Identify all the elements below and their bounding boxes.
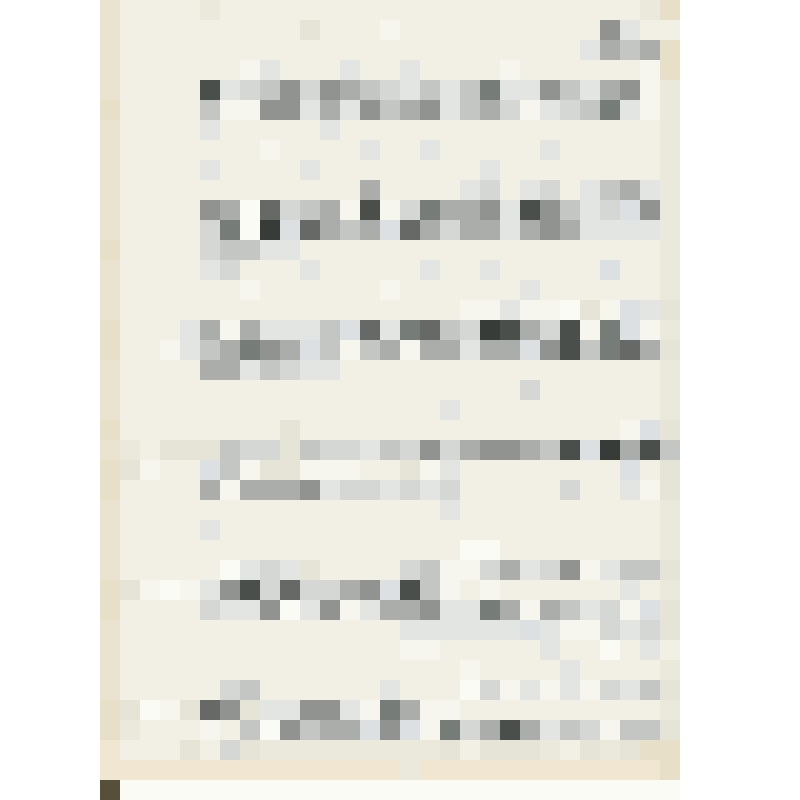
pixel-cell	[220, 680, 240, 700]
pixel-cell	[200, 600, 220, 620]
pixel-cell	[680, 360, 700, 380]
pixel-cell	[340, 200, 360, 220]
pixel-cell	[780, 760, 800, 780]
pixel-cell	[260, 60, 280, 80]
pixel-cell	[780, 640, 800, 660]
pixel-cell	[320, 200, 340, 220]
pixel-cell	[160, 300, 180, 320]
pixel-cell	[340, 660, 360, 680]
pixel-cell	[440, 540, 460, 560]
pixel-cell	[560, 480, 580, 500]
pixel-cell	[520, 60, 540, 80]
pixel-cell	[260, 300, 280, 320]
pixel-cell	[560, 640, 580, 660]
pixel-cell	[60, 440, 80, 460]
pixel-cell	[180, 740, 200, 760]
pixel-cell	[140, 560, 160, 580]
pixel-cell	[440, 780, 460, 800]
pixel-cell	[120, 420, 140, 440]
pixel-cell	[480, 20, 500, 40]
pixel-cell	[0, 540, 20, 560]
pixel-cell	[240, 400, 260, 420]
pixel-cell	[480, 40, 500, 60]
pixel-cell	[760, 540, 780, 560]
pixel-cell	[440, 420, 460, 440]
pixel-cell	[740, 20, 760, 40]
pixel-cell	[680, 660, 700, 680]
pixel-cell	[740, 320, 760, 340]
pixel-cell	[700, 540, 720, 560]
pixel-cell	[340, 300, 360, 320]
pixel-cell	[720, 380, 740, 400]
pixel-cell	[240, 360, 260, 380]
pixel-cell	[400, 520, 420, 540]
pixel-cell	[600, 540, 620, 560]
pixel-cell	[780, 400, 800, 420]
pixel-cell	[400, 80, 420, 100]
pixel-cell	[120, 160, 140, 180]
pixel-cell	[260, 780, 280, 800]
pixel-cell	[100, 0, 120, 20]
pixel-cell	[540, 420, 560, 440]
pixel-cell	[540, 300, 560, 320]
pixel-cell	[380, 20, 400, 40]
pixel-cell	[420, 740, 440, 760]
pixel-cell	[320, 620, 340, 640]
pixel-cell	[180, 80, 200, 100]
pixel-cell	[340, 20, 360, 40]
pixel-cell	[420, 380, 440, 400]
pixel-cell	[680, 500, 700, 520]
pixel-cell	[420, 520, 440, 540]
pixel-cell	[640, 680, 660, 700]
pixel-cell	[600, 360, 620, 380]
pixel-cell	[500, 760, 520, 780]
pixel-cell	[240, 40, 260, 60]
pixel-cell	[80, 540, 100, 560]
pixel-cell	[100, 760, 120, 780]
pixel-cell	[80, 760, 100, 780]
pixel-cell	[100, 720, 120, 740]
pixel-cell	[740, 660, 760, 680]
pixel-cell	[540, 20, 560, 40]
pixel-cell	[60, 680, 80, 700]
pixel-cell	[460, 660, 480, 680]
pixel-cell	[380, 760, 400, 780]
pixel-cell	[100, 240, 120, 260]
pixel-cell	[680, 200, 700, 220]
pixel-cell	[80, 220, 100, 240]
pixel-cell	[440, 200, 460, 220]
pixel-cell	[140, 240, 160, 260]
pixel-cell	[740, 180, 760, 200]
pixel-cell	[660, 20, 680, 40]
pixel-cell	[180, 260, 200, 280]
pixel-cell	[600, 440, 620, 460]
pixel-cell	[680, 640, 700, 660]
pixel-cell	[600, 80, 620, 100]
pixel-cell	[180, 100, 200, 120]
pixel-cell	[100, 200, 120, 220]
pixel-cell	[520, 400, 540, 420]
pixel-cell	[480, 120, 500, 140]
pixel-cell	[80, 440, 100, 460]
pixel-cell	[680, 100, 700, 120]
pixel-cell	[460, 100, 480, 120]
pixel-cell	[260, 80, 280, 100]
pixel-cell	[40, 580, 60, 600]
pixel-cell	[320, 460, 340, 480]
pixel-cell	[640, 240, 660, 260]
pixel-cell	[680, 240, 700, 260]
pixel-cell	[0, 100, 20, 120]
pixel-cell	[40, 640, 60, 660]
pixel-cell	[60, 640, 80, 660]
pixel-cell	[480, 320, 500, 340]
pixel-cell	[60, 600, 80, 620]
pixel-cell	[240, 340, 260, 360]
pixel-cell	[620, 160, 640, 180]
pixel-cell	[280, 160, 300, 180]
pixel-cell	[780, 80, 800, 100]
pixel-cell	[380, 560, 400, 580]
pixel-cell	[320, 680, 340, 700]
pixel-cell	[20, 580, 40, 600]
pixel-cell	[700, 700, 720, 720]
pixel-cell	[560, 740, 580, 760]
pixel-cell	[240, 180, 260, 200]
pixel-cell	[720, 560, 740, 580]
pixel-cell	[440, 80, 460, 100]
pixel-cell	[320, 740, 340, 760]
pixel-cell	[180, 240, 200, 260]
pixel-cell	[120, 80, 140, 100]
pixel-cell	[0, 500, 20, 520]
pixel-cell	[320, 440, 340, 460]
pixel-cell	[420, 660, 440, 680]
pixel-cell	[500, 360, 520, 380]
pixel-cell	[560, 720, 580, 740]
pixel-cell	[240, 380, 260, 400]
pixel-cell	[180, 560, 200, 580]
pixel-cell	[380, 300, 400, 320]
pixel-cell	[720, 60, 740, 80]
pixel-cell	[540, 200, 560, 220]
pixel-cell	[180, 540, 200, 560]
pixel-cell	[720, 460, 740, 480]
pixel-cell	[460, 740, 480, 760]
pixel-cell	[760, 500, 780, 520]
pixel-cell	[520, 340, 540, 360]
pixel-cell	[100, 420, 120, 440]
pixel-cell	[560, 660, 580, 680]
pixel-cell	[20, 380, 40, 400]
pixel-cell	[660, 460, 680, 480]
pixel-cell	[120, 200, 140, 220]
pixel-cell	[460, 80, 480, 100]
pixel-cell	[340, 280, 360, 300]
pixel-cell	[200, 580, 220, 600]
pixel-cell	[240, 520, 260, 540]
pixel-cell	[480, 500, 500, 520]
pixel-cell	[560, 40, 580, 60]
pixel-cell	[140, 440, 160, 460]
pixel-cell	[440, 20, 460, 40]
pixel-cell	[240, 540, 260, 560]
pixel-cell	[280, 420, 300, 440]
pixel-cell	[440, 120, 460, 140]
pixel-cell	[500, 660, 520, 680]
pixel-cell	[220, 600, 240, 620]
pixel-cell	[80, 480, 100, 500]
pixel-cell	[700, 220, 720, 240]
pixel-cell	[740, 780, 760, 800]
pixel-cell	[640, 700, 660, 720]
pixel-cell	[280, 200, 300, 220]
pixel-cell	[280, 100, 300, 120]
pixel-cell	[80, 360, 100, 380]
pixel-cell	[280, 0, 300, 20]
pixel-cell	[140, 0, 160, 20]
pixel-cell	[780, 560, 800, 580]
pixel-cell	[400, 260, 420, 280]
pixel-cell	[340, 100, 360, 120]
pixel-cell	[420, 60, 440, 80]
pixel-cell	[120, 540, 140, 560]
pixel-cell	[60, 420, 80, 440]
pixel-cell	[480, 80, 500, 100]
pixel-cell	[280, 140, 300, 160]
pixel-cell	[160, 340, 180, 360]
pixel-cell	[720, 340, 740, 360]
pixel-cell	[640, 640, 660, 660]
pixel-cell	[340, 540, 360, 560]
pixel-cell	[560, 580, 580, 600]
pixel-cell	[780, 120, 800, 140]
pixel-cell	[720, 740, 740, 760]
pixel-cell	[20, 220, 40, 240]
pixel-cell	[360, 320, 380, 340]
pixel-cell	[340, 680, 360, 700]
pixel-cell	[260, 600, 280, 620]
pixel-cell	[720, 180, 740, 200]
pixel-cell	[300, 720, 320, 740]
pixel-cell	[380, 40, 400, 60]
pixel-cell	[440, 60, 460, 80]
pixel-cell	[40, 680, 60, 700]
pixel-cell	[280, 680, 300, 700]
pixel-cell	[660, 580, 680, 600]
pixel-cell	[520, 280, 540, 300]
pixel-cell	[440, 100, 460, 120]
pixel-cell	[540, 120, 560, 140]
pixel-cell	[520, 120, 540, 140]
pixel-cell	[100, 100, 120, 120]
pixel-cell	[20, 240, 40, 260]
pixel-cell	[760, 360, 780, 380]
pixel-cell	[620, 760, 640, 780]
pixel-cell	[240, 300, 260, 320]
pixel-cell	[480, 680, 500, 700]
pixel-cell	[20, 280, 40, 300]
pixel-cell	[480, 260, 500, 280]
pixel-cell	[120, 720, 140, 740]
pixel-cell	[120, 360, 140, 380]
pixel-cell	[60, 500, 80, 520]
pixel-cell	[140, 620, 160, 640]
pixel-cell	[120, 580, 140, 600]
pixel-cell	[20, 660, 40, 680]
pixel-cell	[740, 500, 760, 520]
pixel-cell	[220, 300, 240, 320]
pixel-cell	[460, 440, 480, 460]
pixel-cell	[520, 220, 540, 240]
pixel-cell	[220, 540, 240, 560]
pixel-cell	[160, 400, 180, 420]
pixel-cell	[420, 640, 440, 660]
pixel-cell	[480, 540, 500, 560]
pixel-cell	[240, 220, 260, 240]
pixel-cell	[40, 280, 60, 300]
pixel-cell	[20, 600, 40, 620]
pixel-cell	[720, 400, 740, 420]
pixel-cell	[60, 40, 80, 60]
pixel-cell	[160, 240, 180, 260]
pixel-cell	[540, 680, 560, 700]
pixel-cell	[320, 220, 340, 240]
pixel-cell	[660, 760, 680, 780]
pixel-cell	[400, 640, 420, 660]
pixel-cell	[580, 780, 600, 800]
pixel-cell	[280, 720, 300, 740]
pixel-cell	[200, 380, 220, 400]
pixel-cell	[240, 720, 260, 740]
pixel-cell	[200, 260, 220, 280]
pixel-cell	[140, 540, 160, 560]
pixel-cell	[400, 180, 420, 200]
pixel-cell	[680, 380, 700, 400]
pixel-cell	[700, 180, 720, 200]
pixel-cell	[500, 280, 520, 300]
pixel-cell	[560, 260, 580, 280]
pixel-cell	[300, 680, 320, 700]
pixel-cell	[340, 720, 360, 740]
pixel-cell	[380, 680, 400, 700]
pixel-cell	[580, 680, 600, 700]
pixel-cell	[300, 0, 320, 20]
pixel-cell	[440, 580, 460, 600]
pixel-cell	[660, 440, 680, 460]
pixel-cell	[400, 760, 420, 780]
pixel-cell	[400, 460, 420, 480]
pixel-cell	[300, 500, 320, 520]
pixel-cell	[240, 600, 260, 620]
pixel-cell	[440, 340, 460, 360]
pixel-cell	[60, 340, 80, 360]
pixel-cell	[720, 420, 740, 440]
pixel-cell	[540, 280, 560, 300]
pixel-cell	[140, 500, 160, 520]
pixel-cell	[640, 480, 660, 500]
pixel-cell	[360, 500, 380, 520]
pixel-cell	[740, 600, 760, 620]
pixel-cell	[420, 560, 440, 580]
pixel-cell	[120, 520, 140, 540]
pixel-cell	[420, 200, 440, 220]
pixel-cell	[60, 740, 80, 760]
pixel-cell	[740, 680, 760, 700]
pixel-cell	[780, 280, 800, 300]
pixel-cell	[560, 540, 580, 560]
pixel-cell	[420, 540, 440, 560]
pixel-cell	[400, 160, 420, 180]
pixel-cell	[280, 760, 300, 780]
pixel-cell	[700, 100, 720, 120]
pixel-cell	[180, 220, 200, 240]
pixel-cell	[80, 60, 100, 80]
pixel-cell	[320, 400, 340, 420]
pixel-cell	[460, 140, 480, 160]
pixel-cell	[460, 280, 480, 300]
pixel-cell	[460, 400, 480, 420]
pixel-cell	[360, 160, 380, 180]
pixel-cell	[220, 480, 240, 500]
pixel-cell	[620, 80, 640, 100]
pixel-cell	[240, 160, 260, 180]
pixel-cell	[320, 600, 340, 620]
pixel-cell	[20, 300, 40, 320]
pixel-cell	[400, 740, 420, 760]
pixel-cell	[600, 760, 620, 780]
pixel-cell	[300, 740, 320, 760]
pixel-cell	[780, 580, 800, 600]
pixel-cell	[300, 300, 320, 320]
pixel-cell	[160, 500, 180, 520]
pixel-cell	[720, 140, 740, 160]
pixel-cell	[240, 420, 260, 440]
pixel-cell	[360, 680, 380, 700]
pixel-cell	[20, 540, 40, 560]
pixel-cell	[660, 400, 680, 420]
pixel-cell	[260, 680, 280, 700]
pixel-cell	[420, 620, 440, 640]
pixel-cell	[620, 100, 640, 120]
pixel-cell	[280, 220, 300, 240]
pixel-cell	[240, 660, 260, 680]
pixel-cell	[120, 100, 140, 120]
pixel-cell	[460, 160, 480, 180]
pixel-cell	[220, 320, 240, 340]
pixel-cell	[260, 280, 280, 300]
pixel-cell	[240, 680, 260, 700]
pixel-cell	[640, 120, 660, 140]
pixel-cell	[220, 580, 240, 600]
pixel-cell	[500, 140, 520, 160]
pixel-cell	[520, 600, 540, 620]
pixel-cell	[160, 640, 180, 660]
pixel-cell	[0, 580, 20, 600]
pixel-cell	[640, 780, 660, 800]
pixel-cell	[60, 160, 80, 180]
pixel-cell	[0, 300, 20, 320]
pixel-cell	[180, 380, 200, 400]
pixel-cell	[360, 180, 380, 200]
pixel-cell	[160, 580, 180, 600]
pixel-cell	[500, 100, 520, 120]
pixel-cell	[720, 40, 740, 60]
pixel-cell	[60, 540, 80, 560]
pixel-cell	[380, 480, 400, 500]
